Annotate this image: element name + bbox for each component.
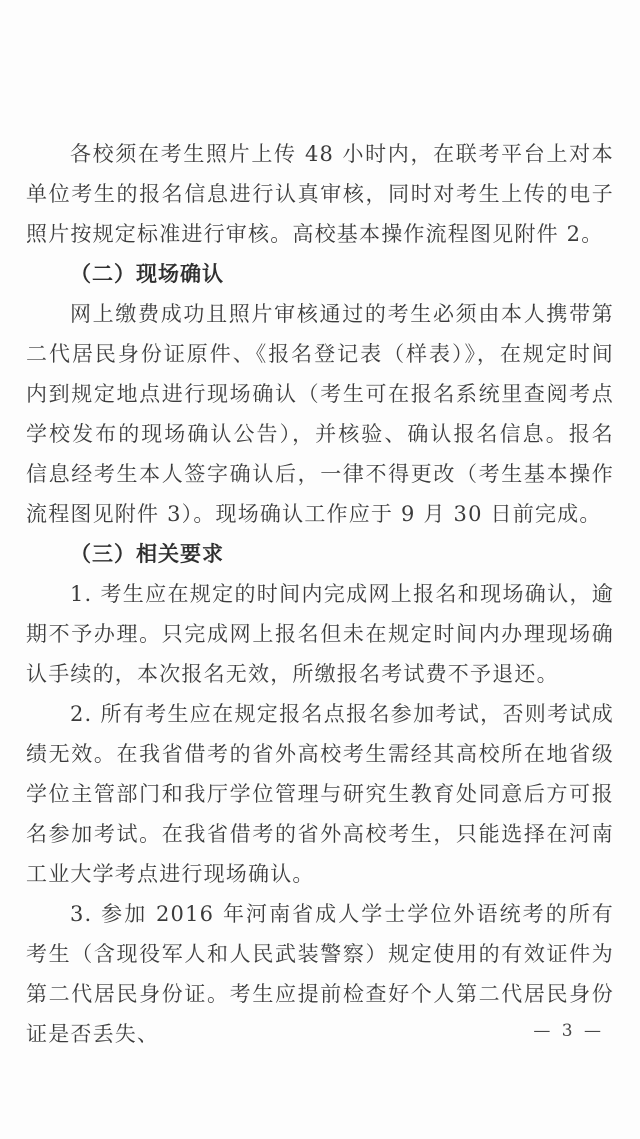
requirement-item-2: 2. 所有考生应在规定报名点报名参加考试，否则考试成绩无效。在我省借考的省外高校… [26, 694, 614, 894]
page-number: — 3 — [533, 1020, 604, 1042]
section-2-heading: （二）现场确认 [26, 254, 614, 294]
section-2-body: 网上缴费成功且照片审核通过的考生必须由本人携带第二代居民身份证原件、《报名登记表… [26, 294, 614, 534]
intro-paragraph: 各校须在考生照片上传 48 小时内，在联考平台上对本单位考生的报名信息进行认真审… [26, 134, 614, 254]
document-content: 各校须在考生照片上传 48 小时内，在联考平台上对本单位考生的报名信息进行认真审… [26, 134, 614, 1054]
requirement-item-1: 1. 考生应在规定的时间内完成网上报名和现场确认，逾期不予办理。只完成网上报名但… [26, 574, 614, 694]
scanned-document-page: 各校须在考生照片上传 48 小时内，在联考平台上对本单位考生的报名信息进行认真审… [0, 0, 640, 1139]
section-3-heading: （三）相关要求 [26, 534, 614, 574]
requirement-item-3: 3. 参加 2016 年河南省成人学士学位外语统考的所有考生（含现役军人和人民武… [26, 894, 614, 1054]
